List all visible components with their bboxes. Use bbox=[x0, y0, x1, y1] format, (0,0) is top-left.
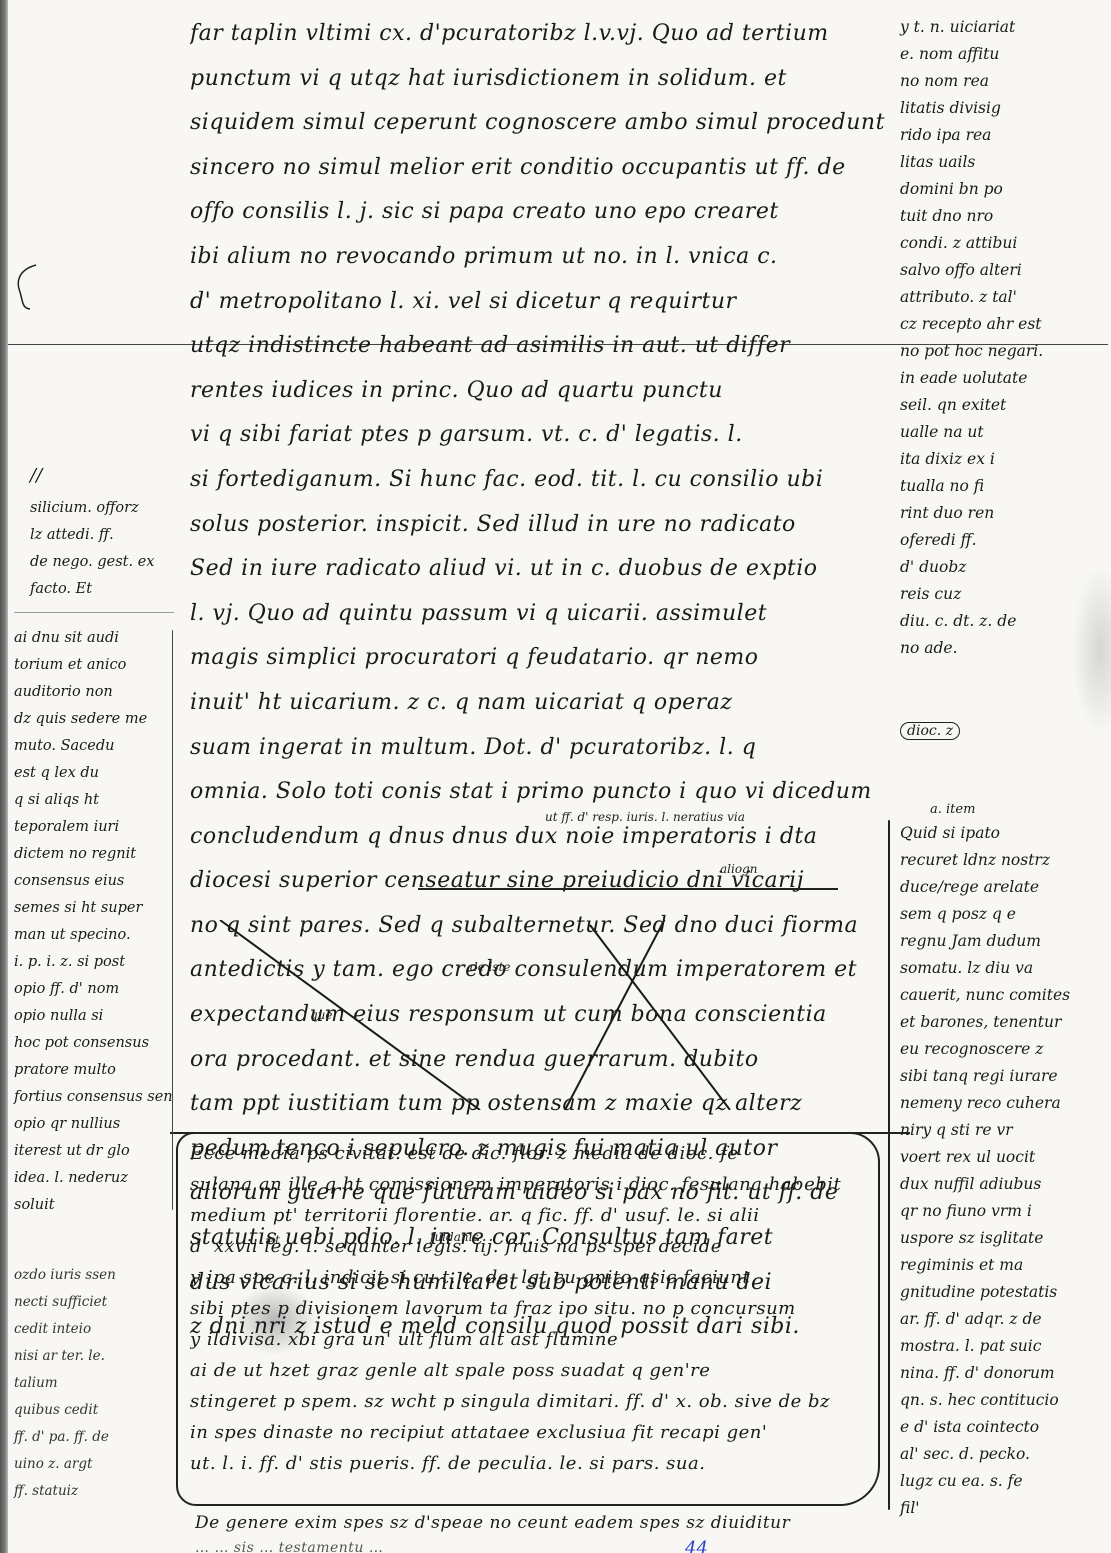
right-gloss-boxed: Quid si ipato recuret ldnz nostrz duce/r… bbox=[900, 820, 1105, 1522]
boxed-text-line: y ipa spe c. l. indicit si cu t. e. de. … bbox=[190, 1262, 870, 1293]
gloss-line: necti sufficiet bbox=[14, 1289, 169, 1316]
gloss-line: pratore multo bbox=[14, 1057, 169, 1084]
gloss-line: d' duobz bbox=[900, 554, 1105, 581]
gloss-line: auditorio non bbox=[14, 679, 169, 706]
gloss-line: eu recognoscere z bbox=[900, 1036, 1105, 1063]
boxed-text-line: ai de ut hzet graz genle alt spale poss … bbox=[190, 1355, 870, 1386]
gloss-line: no nom rea bbox=[900, 68, 1105, 95]
gloss-line: tuit dno nro bbox=[900, 203, 1105, 230]
gloss-line: nina. ff. d' donorum bbox=[900, 1360, 1105, 1387]
main-text-line: sincero no simul melior erit conditio oc… bbox=[190, 146, 890, 191]
gloss-line: niry q sti re vr bbox=[900, 1117, 1105, 1144]
left-gloss-lower: ozdo iuris ssen necti sufficiet cedit in… bbox=[14, 1262, 169, 1505]
main-text-line: suam ingerat in multum. Dot. d' pcurator… bbox=[190, 726, 890, 771]
gloss-line: ff. statuiz bbox=[14, 1478, 169, 1505]
gloss-line: cauerit, nunc comites bbox=[900, 982, 1105, 1009]
gloss-line: lz attedi. ff. bbox=[30, 522, 185, 549]
gloss-line: Quid si ipato bbox=[900, 820, 1105, 847]
boxed-text-line: d' xxvii leg. l. sequnter legis. iij. fr… bbox=[190, 1231, 870, 1262]
main-text-line: concludendum q dnus dnus dux noie impera… bbox=[190, 815, 890, 860]
gloss-line: dz quis sedere me bbox=[14, 706, 169, 733]
gloss-line: y t. n. uiciariat bbox=[900, 14, 1105, 41]
gloss-line: ozdo iuris ssen bbox=[14, 1262, 169, 1289]
gloss-line: man ut specino. bbox=[14, 922, 169, 949]
gloss-line: torium et anico bbox=[14, 652, 169, 679]
boxed-text-line: y ildivisa. xbi gra un' ult flum alt ast… bbox=[190, 1324, 870, 1355]
right-gloss-upper: y t. n. uiciariat e. nom affitu no nom r… bbox=[900, 14, 1105, 662]
main-text-line: vi q sibi fariat ptes p garsum. vt. c. d… bbox=[190, 413, 890, 458]
main-text-line: l. vj. Quo ad quintu passum vi q uicarii… bbox=[190, 592, 890, 637]
gloss-line: qr no fiuno vrm i bbox=[900, 1198, 1105, 1225]
main-text-line: magis simplici procuratori q feudatario.… bbox=[190, 636, 890, 681]
gloss-line: in eade uolutate bbox=[900, 365, 1105, 392]
main-text-line: punctum vi q utqz hat iurisdictionem in … bbox=[190, 57, 890, 102]
gloss-line: sem q posz q e bbox=[900, 901, 1105, 928]
gloss-line: duce/rege arelate bbox=[900, 874, 1105, 901]
gloss-line: regnu Jam dudum bbox=[900, 928, 1105, 955]
strikethrough-line bbox=[418, 888, 838, 890]
boxed-text-line: ut. l. i. ff. d' stis pueris. ff. de pec… bbox=[190, 1448, 870, 1479]
main-text-line: si fortediganum. Si hunc fac. eod. tit. … bbox=[190, 458, 890, 503]
gloss-line: dictem no regnit bbox=[14, 841, 169, 868]
gloss-line: salvo offo alteri bbox=[900, 257, 1105, 284]
gloss-line: ita dixiz ex i bbox=[900, 446, 1105, 473]
gloss-line: silicium. offorz bbox=[30, 495, 185, 522]
gloss-line: litatis divisig bbox=[900, 95, 1105, 122]
gloss-line: quibus cedit bbox=[14, 1397, 169, 1424]
gloss-line: dux nuffil adiubus bbox=[900, 1171, 1105, 1198]
gloss-line: i. p. i. z. si post bbox=[14, 949, 169, 976]
gloss-line: e d' ista cointecto bbox=[900, 1414, 1105, 1441]
gloss-line: rint duo ren bbox=[900, 500, 1105, 527]
gloss-line: regiminis et ma bbox=[900, 1252, 1105, 1279]
main-text-line: Sed in iure radicato aliud vi. ut in c. … bbox=[190, 547, 890, 592]
main-text-line: far taplin vltimi cx. d'pcuratoribz l.v.… bbox=[190, 12, 890, 57]
gloss-line: rido ipa rea bbox=[900, 122, 1105, 149]
gloss-line: opio qr nullius bbox=[14, 1111, 169, 1138]
main-text-line: solus posterior. inspicit. Sed illud in … bbox=[190, 503, 890, 548]
main-text-line: inuit' ht uicarium. z c. q nam uicariat … bbox=[190, 681, 890, 726]
blue-annotation: 44 bbox=[685, 1538, 708, 1553]
boxed-text-line: in spes dinaste no recipiut attataee exc… bbox=[190, 1417, 870, 1448]
gloss-line: semes si ht super bbox=[14, 895, 169, 922]
gloss-line: cz recepto ahr est bbox=[900, 311, 1105, 338]
gloss-line: de nego. gest. ex bbox=[30, 549, 185, 576]
gloss-line: fortius consensus sen bbox=[14, 1084, 169, 1111]
footer-text-line: De genere exim spes sz d'speae no ceunt … bbox=[195, 1508, 875, 1538]
gloss-line: voert rex ul uocit bbox=[900, 1144, 1105, 1171]
gloss-line: q si aliqs ht bbox=[14, 787, 169, 814]
footer-text: De genere exim spes sz d'speae no ceunt … bbox=[195, 1508, 875, 1553]
gloss-bracket bbox=[888, 820, 890, 1510]
main-text-line: utqz indistincte habeant ad asimilis in … bbox=[190, 324, 890, 369]
boxed-paragraph: Ecce media ps civitat. est de dic. flor.… bbox=[190, 1138, 870, 1479]
gloss-line: qn. s. hec contitucio bbox=[900, 1387, 1105, 1414]
gloss-line: muto. Sacedu bbox=[14, 733, 169, 760]
interlinear-note: ut ff. d' resp. iuris. l. neratius via bbox=[545, 810, 745, 824]
gloss-line: lugz cu ea. s. fe bbox=[900, 1468, 1105, 1495]
gloss-line: ar. ff. d' adqr. z de bbox=[900, 1306, 1105, 1333]
gloss-line: domini bn po bbox=[900, 176, 1105, 203]
gloss-line: e. nom affitu bbox=[900, 41, 1105, 68]
ruling-line bbox=[14, 612, 174, 613]
left-gloss-upper: silicium. offorz lz attedi. ff. de nego.… bbox=[30, 495, 185, 603]
main-text-line: omnia. Solo toti conis stat i primo punc… bbox=[190, 770, 890, 815]
gloss-line: attributo. z tal' bbox=[900, 284, 1105, 311]
main-text-line: siquidem simul ceperunt cognoscere ambo … bbox=[190, 101, 890, 146]
margin-bracket-icon bbox=[8, 262, 38, 312]
gloss-line: teporalem iuri bbox=[14, 814, 169, 841]
cancel-cross-icon bbox=[210, 920, 830, 1110]
gloss-line: reis cuz bbox=[900, 581, 1105, 608]
gloss-line: tualla no fi bbox=[900, 473, 1105, 500]
gloss-line: litas uails bbox=[900, 149, 1105, 176]
boxed-text-line: sulana an ille q ht comissionem imperato… bbox=[190, 1169, 870, 1200]
gloss-line: hoc pot consensus bbox=[14, 1030, 169, 1057]
gloss-line: somatu. lz diu va bbox=[900, 955, 1105, 982]
gloss-line: no pot hoc negari. bbox=[900, 338, 1105, 365]
boxed-text-line: medium pt' territorii florentie. ar. q f… bbox=[190, 1200, 870, 1231]
gloss-line: ff. d' pa. ff. de bbox=[14, 1424, 169, 1451]
main-text-line: ibi alium no revocando primum ut no. in … bbox=[190, 235, 890, 280]
footer-text-line: … … sis … testamentu … bbox=[195, 1538, 875, 1553]
boxed-text-line: sibi ptes p divisionem lavorum ta fraz i… bbox=[190, 1293, 870, 1324]
gloss-line: gnitudine potestatis bbox=[900, 1279, 1105, 1306]
gloss-line: sibi tanq regi iurare bbox=[900, 1063, 1105, 1090]
gloss-line: talium bbox=[14, 1370, 169, 1397]
gloss-line: est q lex du bbox=[14, 760, 169, 787]
margin-callout: dioc. z bbox=[900, 722, 960, 740]
main-text-line: diocesi superior censeatur sine preiudic… bbox=[190, 859, 890, 904]
gloss-line: fil' bbox=[900, 1495, 1105, 1522]
gloss-line: recuret ldnz nostrz bbox=[900, 847, 1105, 874]
main-text-line: rentes iudices in princ. Quo ad quartu p… bbox=[190, 369, 890, 414]
gloss-line: no ade. bbox=[900, 635, 1105, 662]
gloss-line: iterest ut dr glo bbox=[14, 1138, 169, 1165]
interlinear-note: aliogn bbox=[720, 862, 757, 876]
manuscript-page: far taplin vltimi cx. d'pcuratoribz l.v.… bbox=[0, 0, 1111, 1553]
left-gloss-middle: ai dnu sit audi torium et anico auditori… bbox=[14, 625, 169, 1219]
gloss-line: facto. Et bbox=[30, 576, 185, 603]
gloss-line: nemeny reco cuhera bbox=[900, 1090, 1105, 1117]
gloss-line: diu. c. dt. z. de bbox=[900, 608, 1105, 635]
gloss-line: oferedi ff. bbox=[900, 527, 1105, 554]
gloss-line: et barones, tenentur bbox=[900, 1009, 1105, 1036]
gloss-line: ualle na ut bbox=[900, 419, 1105, 446]
paragraph-mark: // bbox=[30, 462, 185, 489]
gloss-line: condi. z attibui bbox=[900, 230, 1105, 257]
gloss-line: uino z. argt bbox=[14, 1451, 169, 1478]
gloss-line: consensus eius bbox=[14, 868, 169, 895]
gloss-line: opio nulla si bbox=[14, 1003, 169, 1030]
right-gloss-heading: a. item bbox=[930, 796, 1111, 823]
gloss-line: soluit bbox=[14, 1192, 169, 1219]
gloss-line: idea. l. nederuz bbox=[14, 1165, 169, 1192]
binding-edge bbox=[0, 0, 8, 1553]
gloss-line: seil. qn exitet bbox=[900, 392, 1105, 419]
gloss-line: cedit inteio bbox=[14, 1316, 169, 1343]
gloss-line: ai dnu sit audi bbox=[14, 625, 169, 652]
boxed-text-line: Ecce media ps civitat. est de dic. flor.… bbox=[190, 1138, 870, 1169]
main-text-line: offo consilis l. j. sic si papa creato u… bbox=[190, 190, 890, 235]
gloss-line: al' sec. d. pecko. bbox=[900, 1441, 1105, 1468]
gloss-line: nisi ar ter. le. bbox=[14, 1343, 169, 1370]
boxed-text-line: stingeret p spem. sz wcht p singula dimi… bbox=[190, 1386, 870, 1417]
gloss-bracket bbox=[172, 630, 173, 1210]
main-text-line: d' metropolitano l. xi. vel si dicetur q… bbox=[190, 280, 890, 325]
gloss-line: mostra. l. pat suic bbox=[900, 1333, 1105, 1360]
gloss-line: uspore sz isglitate bbox=[900, 1225, 1105, 1252]
gloss-line: opio ff. d' nom bbox=[14, 976, 169, 1003]
